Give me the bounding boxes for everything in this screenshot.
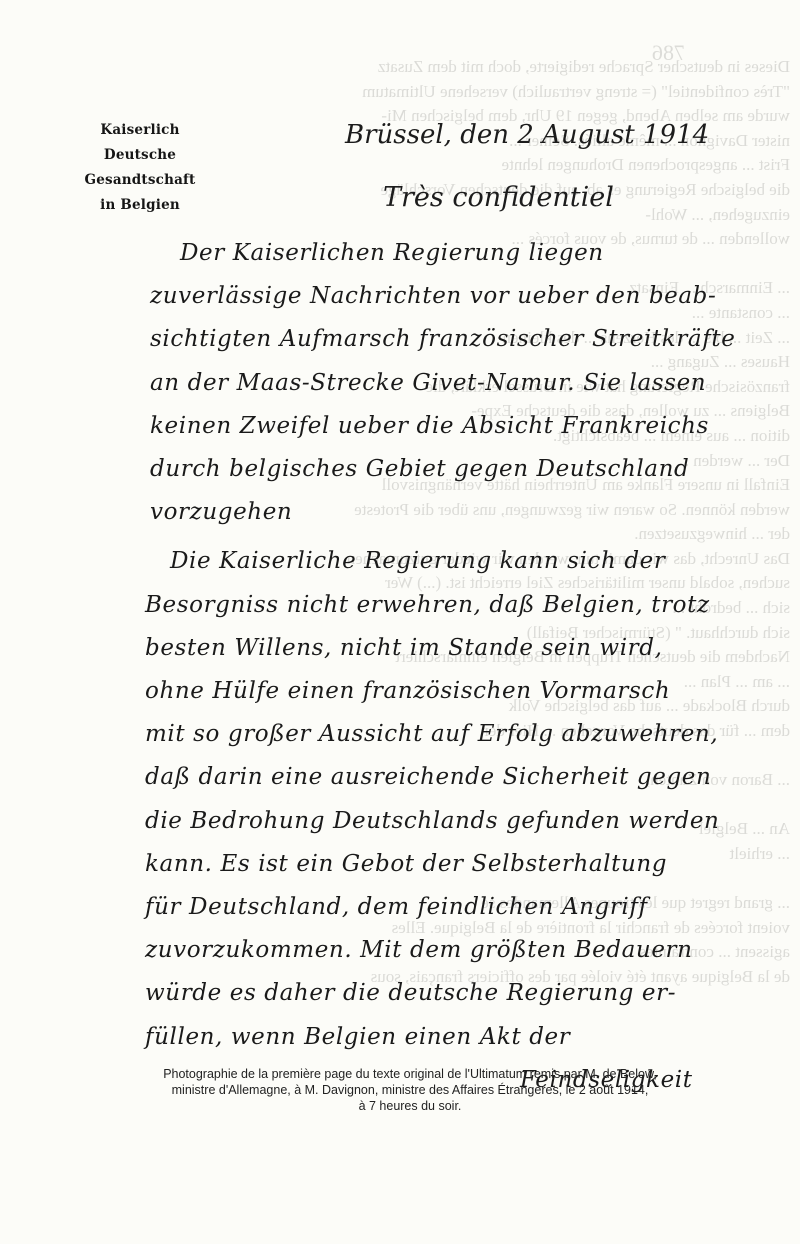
letter-line: durch belgisches Gebiet gegen Deutschlan… xyxy=(150,456,689,482)
letter-line: sichtigten Aufmarsch französischer Strei… xyxy=(150,326,735,352)
caption-line: Photographie de la première page du text… xyxy=(100,1066,720,1082)
letter-line: Besorgniss nicht erwehren, daß Belgien, … xyxy=(145,592,710,618)
letter-line: zuvorzukommen. Mit dem größten Bedauern xyxy=(145,937,693,963)
photo-caption: Photographie de la première page du text… xyxy=(100,1066,720,1114)
letter-line: daß darin eine ausreichende Sicherheit g… xyxy=(145,764,711,790)
letterhead: Kaiserlich Deutsche Gesandtschaft in Bel… xyxy=(70,118,210,218)
letter-line: für Deutschland, dem feindlichen Angriff xyxy=(145,894,648,920)
letter-line: besten Willens, nicht im Stande sein wir… xyxy=(145,635,663,661)
letter-line: Der Kaiserlichen Regierung liegen xyxy=(180,240,604,266)
bleed-line: "Très confidentiel" (= streng vertraulic… xyxy=(250,80,790,105)
letter-line: kann. Es ist ein Gebot der Selbsterhaltu… xyxy=(145,851,667,877)
letter-line: würde es daher die deutsche Regierung er… xyxy=(145,980,676,1006)
letter-line: ohne Hülfe einen französischen Vormarsch xyxy=(145,678,670,704)
letter-line: zuverlässige Nachrichten vor ueber den b… xyxy=(150,283,716,309)
letterhead-line: Deutsche Gesandtschaft xyxy=(70,143,210,193)
letter-line: mit so großer Aussicht auf Erfolg abzuwe… xyxy=(145,721,718,747)
caption-line: ministre d'Allemagne, à M. Davignon, min… xyxy=(100,1082,720,1098)
letter-line: die Bedrohung Deutschlands gefunden werd… xyxy=(145,808,719,834)
letter-line: keinen Zweifel ueber die Absicht Frankre… xyxy=(150,413,709,439)
letter-line: an der Maas-Strecke Givet-Namur. Sie las… xyxy=(150,370,706,396)
letter-line: füllen, wenn Belgien einen Akt der xyxy=(145,1024,570,1050)
bleed-line: Dieses in deutscher Sprache redigierte, … xyxy=(250,55,790,80)
bleed-line: der ... hinwegzusetzen. xyxy=(250,522,790,547)
letter-dateline: Brüssel, den 2 August 1914 xyxy=(345,120,709,150)
letter-line: Die Kaiserliche Regierung kann sich der xyxy=(170,548,665,574)
bleed-line: Frist ... angesprochenen Drohungen lehnt… xyxy=(250,153,790,178)
letterhead-line: in Belgien xyxy=(70,193,210,218)
document-page: 786 Dieses in deutscher Sprache redigier… xyxy=(0,0,800,1244)
letter-classification: Très confidentiel xyxy=(383,182,614,213)
bleed-line: werden können. So waren wir gezwungen, u… xyxy=(250,498,790,523)
letter-line: vorzugehen xyxy=(150,499,292,525)
caption-line: à 7 heures du soir. xyxy=(100,1098,720,1114)
letterhead-line: Kaiserlich xyxy=(70,118,210,143)
